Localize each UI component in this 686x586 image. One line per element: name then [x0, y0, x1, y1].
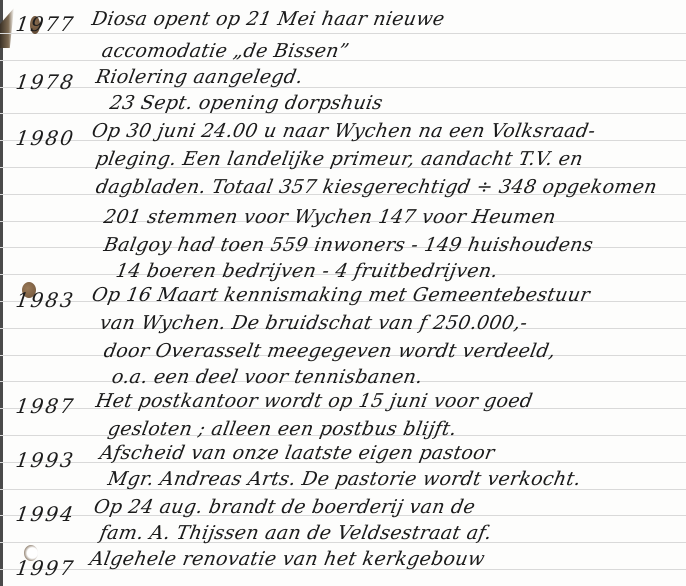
entry-line: Afscheid van onze laatste eigen pastoor — [98, 442, 496, 464]
entry-year: 1977 — [14, 12, 95, 36]
entry-year: 1983 — [14, 288, 95, 312]
entry-line: accomodatie „de Bissen” — [100, 40, 351, 62]
entry-line: pleging. Een landelijke primeur, aandach… — [94, 148, 585, 170]
notebook-page: 1977 Diosa opent op 21 Mei haar nieuwe a… — [0, 0, 686, 586]
entry-line: Balgoy had toen 559 inwoners - 149 huish… — [102, 234, 595, 256]
entry-line: van Wychen. De bruidschat van f 250.000,… — [98, 312, 529, 334]
entry-year: 1987 — [14, 394, 95, 418]
entry-line: Op 24 aug. brandt de boerderij van de — [92, 496, 477, 518]
entry-year: 1980 — [14, 126, 95, 150]
entry-line: 23 Sept. opening dorpshuis — [108, 92, 385, 114]
entry-line: 14 boeren bedrijven - 4 fruitbedrijven. — [114, 260, 500, 282]
entry-line: dagbladen. Totaal 357 kiesgerechtigd ÷ 3… — [94, 176, 659, 198]
entry-line: Op 16 Maart kennismaking met Gemeentebes… — [90, 284, 592, 306]
entry-year: 1997 — [14, 556, 95, 580]
entry-year: 1978 — [14, 70, 95, 94]
entry-line: 201 stemmen voor Wychen 147 voor Heumen — [102, 206, 558, 228]
entry-year: 1993 — [14, 448, 95, 472]
entry-line: Diosa opent op 21 Mei haar nieuwe — [90, 8, 446, 30]
entry-line: Het postkantoor wordt op 15 juni voor go… — [94, 390, 534, 412]
entry-line: gesloten ; alleen een postbus blijft. — [106, 418, 458, 440]
ruled-line — [0, 33, 686, 34]
entry-line: Mgr. Andreas Arts. De pastorie wordt ver… — [106, 468, 583, 490]
entry-line: Riolering aangelegd. — [94, 66, 305, 88]
entry-year: 1994 — [14, 502, 95, 526]
entry-line: fam. A. Thijssen aan de Veldsestraat af. — [98, 522, 493, 544]
entry-line: Op 30 juni 24.00 u naar Wychen na een Vo… — [90, 120, 597, 142]
entry-line: Algehele renovatie van het kerkgebouw — [88, 548, 486, 570]
entry-line: door Overasselt meegegeven wordt verdeel… — [102, 340, 557, 362]
entry-line: o.a. een deel voor tennisbanen. — [110, 366, 424, 388]
